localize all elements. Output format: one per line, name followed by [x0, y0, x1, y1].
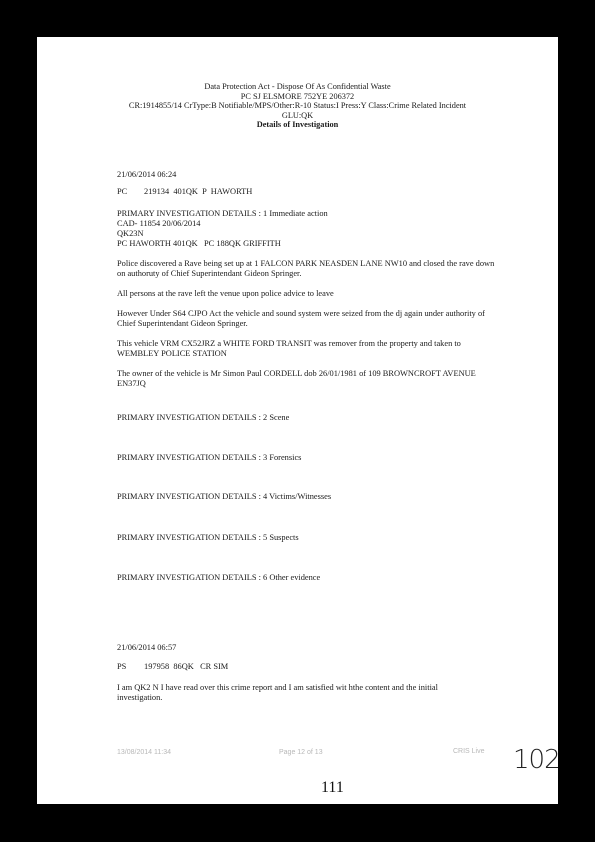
- header-title: Details of Investigation: [37, 120, 558, 130]
- header-officer: PC SJ ELSMORE 752YE 206372: [37, 92, 558, 102]
- entry2-timestamp: 21/06/2014 06:57: [117, 643, 176, 653]
- entry1-officer-rank: PC: [117, 187, 144, 197]
- entry1-section-3-forensics: PRIMARY INVESTIGATION DETAILS : 3 Forens…: [117, 453, 301, 463]
- footer-page-count: Page 12 of 13: [279, 749, 323, 756]
- entry2-officer-rank: PS: [117, 662, 144, 672]
- header-block: Data Protection Act - Dispose Of As Conf…: [37, 82, 558, 130]
- header-glu: GLU:QK: [37, 111, 558, 121]
- footer-system-name: CRIS Live: [453, 748, 485, 755]
- entry1-section-4-victims-witnesses: PRIMARY INVESTIGATION DETAILS : 4 Victim…: [117, 492, 331, 502]
- bundle-page-number: 111: [321, 779, 344, 797]
- entry1-paragraph-seizure: However Under S64 CJPO Act the vehicle a…: [117, 309, 497, 329]
- entry1-paragraph-discovery: Police discovered a Rave being set up at…: [117, 259, 497, 279]
- entry2-officer: PS197958 86QK CR SIM: [117, 662, 228, 672]
- header-crime-reference: CR:1914855/14 CrType:B Notifiable/MPS/Ot…: [37, 101, 558, 111]
- entry2-paragraph-review: I am QK2 N I have read over this crime r…: [117, 683, 477, 703]
- entry1-cad-reference: CAD- 11854 20/06/2014: [117, 219, 200, 229]
- entry1-paragraph-owner: The owner of the vehicle is Mr Simon Pau…: [117, 369, 477, 389]
- entry2-officer-details: 197958 86QK CR SIM: [144, 662, 228, 672]
- entry1-section-1-heading: PRIMARY INVESTIGATION DETAILS : 1 Immedi…: [117, 209, 328, 219]
- entry1-paragraph-vehicle: This vehicle VRM CX52JRZ a WHITE FORD TR…: [117, 339, 497, 359]
- entry1-section-2-scene: PRIMARY INVESTIGATION DETAILS : 2 Scene: [117, 413, 289, 423]
- entry1-officer-details: 219134 401QK P HAWORTH: [144, 187, 252, 197]
- entry1-paragraph-persons-left: All persons at the rave left the venue u…: [117, 289, 497, 299]
- handwritten-page-number: 102: [513, 745, 560, 775]
- entry1-attending-officers: PC HAWORTH 401QK PC 188QK GRIFFITH: [117, 239, 281, 249]
- entry1-section-5-suspects: PRIMARY INVESTIGATION DETAILS : 5 Suspec…: [117, 533, 299, 543]
- entry1-officer: PC219134 401QK P HAWORTH: [117, 187, 252, 197]
- footer-printed-timestamp: 13/08/2014 11:34: [117, 749, 171, 756]
- entry1-timestamp: 21/06/2014 06:24: [117, 170, 176, 180]
- entry1-unit-code: QK23N: [117, 229, 144, 239]
- document-page: Data Protection Act - Dispose Of As Conf…: [37, 37, 558, 804]
- entry1-section-6-other-evidence: PRIMARY INVESTIGATION DETAILS : 6 Other …: [117, 573, 320, 583]
- header-disclaimer: Data Protection Act - Dispose Of As Conf…: [37, 82, 558, 92]
